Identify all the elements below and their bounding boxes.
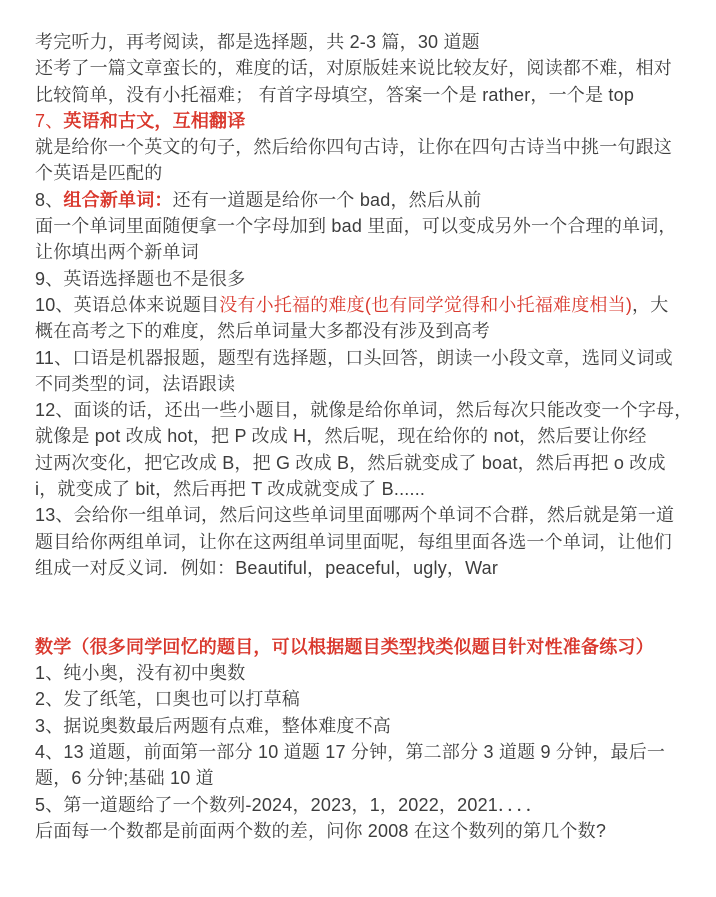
text-line: 9、英语选择题也不是很多 [35, 266, 686, 292]
text-segment: 11、口语是机器报题，题型有选择题，口头回答，朗读一小段文章，选同义词或 [35, 348, 673, 368]
text-line: 让你填出两个新单词 [35, 239, 686, 265]
text-segment: 后面每一个数都是前面两个数的差，问你 2008 在这个数列的第几个数? [35, 821, 606, 841]
text-segment: 7、 [35, 111, 63, 131]
text-segment: 13、会给你一组单词，然后问这些单词里面哪两个单词不合群，然后就是第一道 [35, 505, 674, 525]
text-segment: 考完听力，再考阅读，都是选择题，共 2-3 篇，30 道题 [35, 32, 480, 52]
text-segment: 没有小托福的难度(也有同学觉得和小托福难度相当) [219, 295, 632, 315]
text-line: 4、13 道题，前面第一部分 10 道题 17 分钟，第二部分 3 道题 9 分… [35, 739, 686, 765]
text-segment: i，就变成了 bit，然后再把 T 改成就变成了 B...... [35, 479, 425, 499]
text-line: 后面每一个数都是前面两个数的差，问你 2008 在这个数列的第几个数? [35, 818, 686, 844]
text-segment: 组合新单词： [63, 190, 172, 210]
text-line: 1、纯小奥，没有初中奥数 [35, 660, 686, 686]
text-segment: 还考了一篇文章蛮长的，难度的话，对原版娃来说比较友好，阅读都不难，相对 [35, 58, 672, 78]
text-line: 过两次变化，把它改成 B，把 G 改成 B，然后就变成了 boat，然后再把 o… [35, 450, 686, 476]
text-segment: 面一个单词里面随便拿一个字母加到 bad 里面，可以变成另外一个合理的单词， [35, 216, 677, 236]
text-segment: 4、13 道题，前面第一部分 10 道题 17 分钟，第二部分 3 道题 9 分… [35, 742, 665, 762]
text-line [35, 581, 686, 607]
text-segment: 3、据说奥数最后两题有点难，整体难度不高 [35, 716, 391, 736]
document-page: 考完听力，再考阅读，都是选择题，共 2-3 篇，30 道题还考了一篇文章蛮长的，… [0, 0, 716, 897]
text-line: 12、面谈的话，还出一些小题目，就像是给你单词，然后每次只能改变一个字母， [35, 397, 686, 423]
text-line: 概在高考之下的难度，然后单词量大多都没有涉及到高考 [35, 318, 686, 344]
text-segment: 过两次变化，把它改成 B，把 G 改成 B，然后就变成了 boat，然后再把 o… [35, 453, 666, 473]
text-line: 题目给你两组单词，让你在这两组单词里面呢，每组里面各选一个单词，让他们 [35, 529, 686, 555]
text-line [35, 608, 686, 634]
text-line: 13、会给你一组单词，然后问这些单词里面哪两个单词不合群，然后就是第一道 [35, 502, 686, 528]
text-line: 2、发了纸笔，口奥也可以打草稿 [35, 686, 686, 712]
text-segment: 还有一道题是给你一个 bad，然后从前 [173, 190, 482, 210]
text-segment: 12、面谈的话，还出一些小题目，就像是给你单词，然后每次只能改变一个字母， [35, 400, 692, 420]
text-segment: 让你填出两个新单词 [35, 242, 199, 262]
text-line: 7、英语和古文，互相翻译 [35, 108, 686, 134]
text-segment: 就像是 pot 改成 hot，把 P 改成 H，然后呢，现在给你的 not，然后… [35, 426, 647, 446]
text-line: 8、组合新单词：还有一道题是给你一个 bad，然后从前 [35, 187, 686, 213]
text-segment: （很多同学回忆的题目，可以根据题目类型找类似题目针对性准备练习） [71, 637, 653, 657]
text-line: 面一个单词里面随便拿一个字母加到 bad 里面，可以变成另外一个合理的单词， [35, 213, 686, 239]
text-segment: 题目给你两组单词，让你在这两组单词里面呢，每组里面各选一个单词，让他们 [35, 532, 672, 552]
text-line: 就是给你一个英文的句子，然后给你四句古诗，让你在四句古诗当中挑一句跟这 [35, 134, 686, 160]
text-line: 不同类型的词，法语跟读 [35, 371, 686, 397]
text-segment: 8、 [35, 190, 63, 210]
text-segment: 不同类型的词，法语跟读 [35, 374, 235, 394]
text-line: 个英语是匹配的 [35, 160, 686, 186]
text-segment: 数学 [35, 637, 71, 657]
text-line: 题，6 分钟;基础 10 道 [35, 765, 686, 791]
text-line: 10、英语总体来说题目没有小托福的难度(也有同学觉得和小托福难度相当)，大 [35, 292, 686, 318]
text-segment: 组成一对反义词．例如：Beautiful，peaceful，ugly，War [35, 558, 498, 578]
text-line: 比较简单，没有小托福难； 有首字母填空，答案一个是 rather，一个是 top [35, 82, 686, 108]
text-segment: 就是给你一个英文的句子，然后给你四句古诗，让你在四句古诗当中挑一句跟这 [35, 137, 672, 157]
text-segment: 1、纯小奥，没有初中奥数 [35, 663, 245, 683]
text-line: 3、据说奥数最后两题有点难，整体难度不高 [35, 713, 686, 739]
text-line: i，就变成了 bit，然后再把 T 改成就变成了 B...... [35, 476, 686, 502]
text-segment: 10、英语总体来说题目 [35, 295, 219, 315]
text-line: 就像是 pot 改成 hot，把 P 改成 H，然后呢，现在给你的 not，然后… [35, 423, 686, 449]
text-line: 数学（很多同学回忆的题目，可以根据题目类型找类似题目针对性准备练习） [35, 634, 686, 660]
text-segment: ，大 [632, 295, 668, 315]
text-line: 考完听力，再考阅读，都是选择题，共 2-3 篇，30 道题 [35, 29, 686, 55]
text-segment: 2、发了纸笔，口奥也可以打草稿 [35, 689, 300, 709]
text-segment: 个英语是匹配的 [35, 163, 162, 183]
text-line: 还考了一篇文章蛮长的，难度的话，对原版娃来说比较友好，阅读都不难，相对 [35, 55, 686, 81]
text-segment: 9、英语选择题也不是很多 [35, 269, 245, 289]
text-line: 5、第一道题给了一个数列-2024，2023，1，2022，2021．．．． [35, 792, 686, 818]
text-line: 11、口语是机器报题，题型有选择题，口头回答，朗读一小段文章，选同义词或 [35, 345, 686, 371]
text-segment: 概在高考之下的难度，然后单词量大多都没有涉及到高考 [35, 321, 490, 341]
text-line: 组成一对反义词．例如：Beautiful，peaceful，ugly，War [35, 555, 686, 581]
text-segment: 比较简单，没有小托福难； 有首字母填空，答案一个是 rather，一个是 top [35, 85, 634, 105]
text-segment: 5、第一道题给了一个数列-2024，2023，1，2022，2021．．．． [35, 795, 544, 815]
document-body: 考完听力，再考阅读，都是选择题，共 2-3 篇，30 道题还考了一篇文章蛮长的，… [35, 29, 686, 844]
text-segment: 英语和古文，互相翻译 [63, 111, 245, 131]
text-segment: 题，6 分钟;基础 10 道 [35, 768, 214, 788]
